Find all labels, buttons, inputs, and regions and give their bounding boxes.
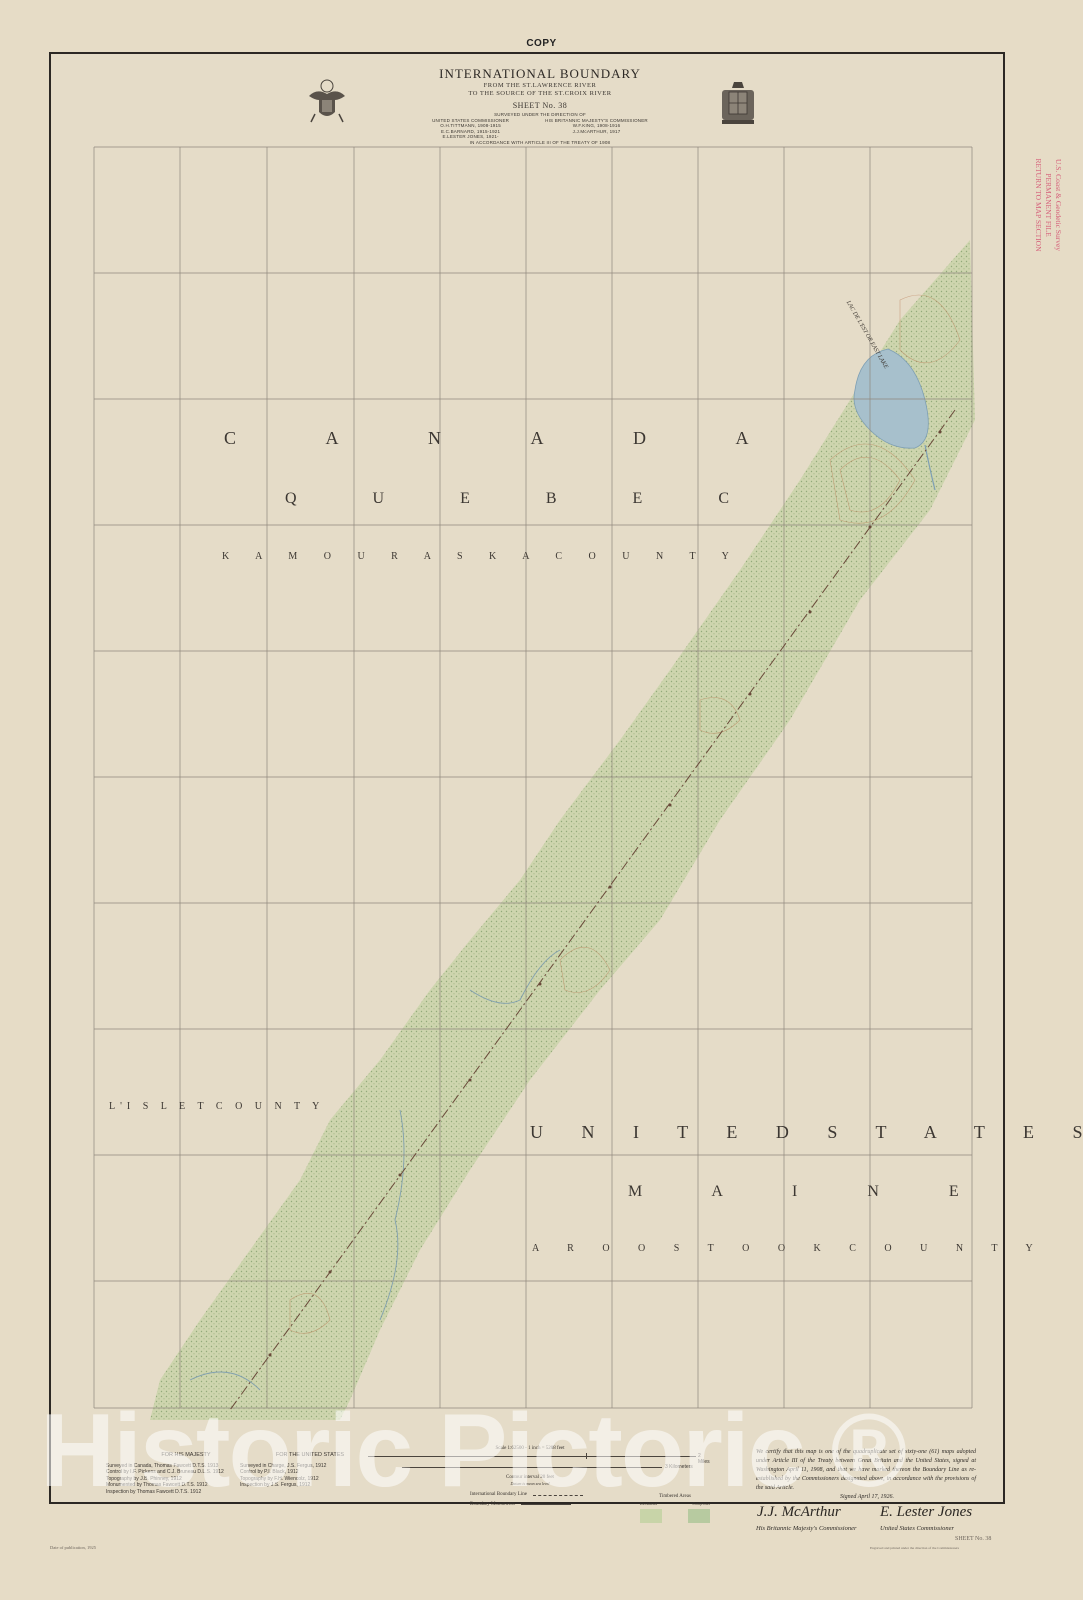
aroostook-county-label: A R O O S T O O K C O U N T Y <box>532 1243 1046 1254</box>
watermark: Historic Pictoric ® <box>40 1392 905 1511</box>
publication-date: Date of publication, 1925 <box>50 1545 96 1552</box>
graticule-grid <box>94 147 972 1408</box>
country-north-label: C A N A D A <box>224 428 792 449</box>
maine-label: M A I N E <box>628 1183 992 1201</box>
right-commissioner-title: United States Commissioner <box>880 1524 954 1533</box>
coniferous-swatch <box>688 1509 710 1523</box>
canada-label: C A N A D A <box>224 428 586 449</box>
printer-note: Engraved and printed under the direction… <box>870 1545 959 1552</box>
quebec-label: Q U E B E C <box>285 490 765 508</box>
footer-sheet-number: SHEET No. 38 <box>955 1536 991 1543</box>
kamouraska-county-label: K A M O U R A S K A C O U N T Y <box>222 551 741 562</box>
deciduous-swatch <box>640 1509 662 1523</box>
united-states-label: U N I T E D S T A T E S <box>530 1122 1083 1143</box>
left-commissioner-title: His Britannic Majesty's Commissioner <box>756 1524 857 1533</box>
map-canvas <box>0 0 1083 1600</box>
lislet-county-label: L'I S L E T C O U N T Y <box>109 1101 324 1112</box>
